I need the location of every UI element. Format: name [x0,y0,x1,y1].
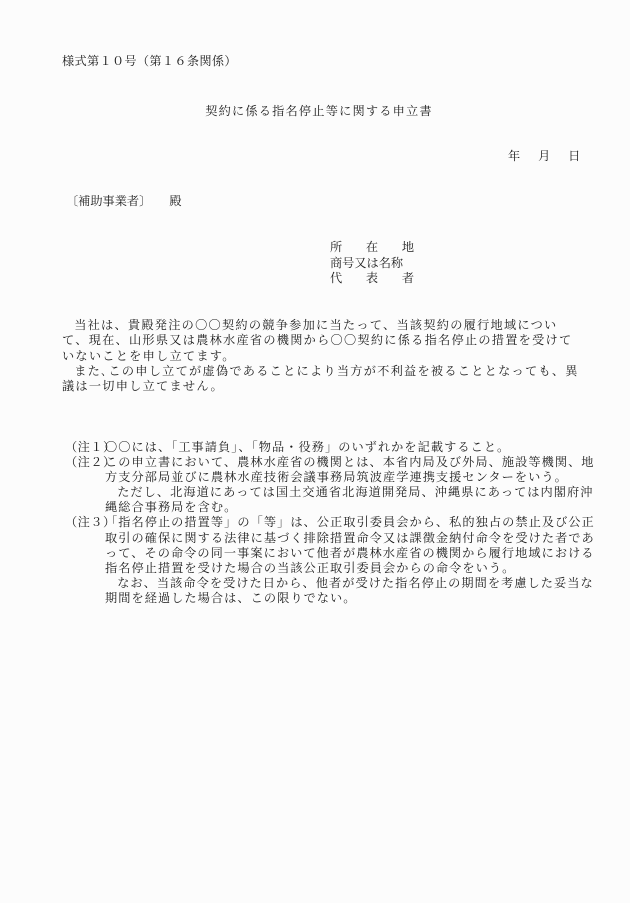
date-year: 年 [508,147,520,164]
document-title: 契約に係る指名停止等に関する申立書 [0,102,630,119]
note-content: この申立書において、農林水産省の機関とは、本省内局及び外局、施設等機関、地方支分… [105,455,595,515]
applicant-representative-label: 代 表 者 [330,271,414,287]
declaration-body: 当社は、貴殿発注の〇〇契約の競争参加に当たって、当該契約の履行地域について、現在… [62,318,582,394]
note-2: （注２） この申立書において、農林水産省の機関とは、本省内局及び外局、施設等機関… [65,455,595,515]
note-content: 「指名停止の措置等」の「等」は、公正取引委員会から、私的独占の禁止及び公正取引の… [105,515,595,606]
note-label: （注２） [65,455,105,515]
note-label: （注１） [65,440,105,455]
note-label: （注３） [65,515,105,606]
note-3: （注３） 「指名停止の措置等」の「等」は、公正取引委員会から、私的独占の禁止及び… [65,515,595,606]
date-month: 月 [538,147,550,164]
addressee-suffix: 殿 [169,194,181,208]
applicant-address-label: 所 在 地 [330,240,414,256]
date-line: 年 月 日 [508,147,580,164]
applicant-block: 所 在 地 商号又は名称 代 表 者 [330,240,414,287]
applicant-company-name-label: 商号又は名称 [330,256,414,272]
date-day: 日 [568,147,580,164]
declaration-paragraph: 当社は、貴殿発注の〇〇契約の競争参加に当たって、当該契約の履行地域について、現在… [62,318,582,364]
addressee-name: 〔補助事業者〕 [66,194,151,208]
declaration-paragraph: また､この申し立てが虚偽であることにより当方が不利益を被ることとなっても、異議は… [62,364,582,395]
form-number: 様式第１０号（第１６条関係） [62,52,237,69]
notes-section: （注１） 〇〇には、「工事請負」、「物品・役務」のいずれかを記載すること。 （注… [65,440,595,606]
note-content: 〇〇には、「工事請負」、「物品・役務」のいずれかを記載すること。 [105,440,595,455]
note-1: （注１） 〇〇には、「工事請負」、「物品・役務」のいずれかを記載すること。 [65,440,595,455]
addressee: 〔補助事業者〕殿 [66,192,182,209]
